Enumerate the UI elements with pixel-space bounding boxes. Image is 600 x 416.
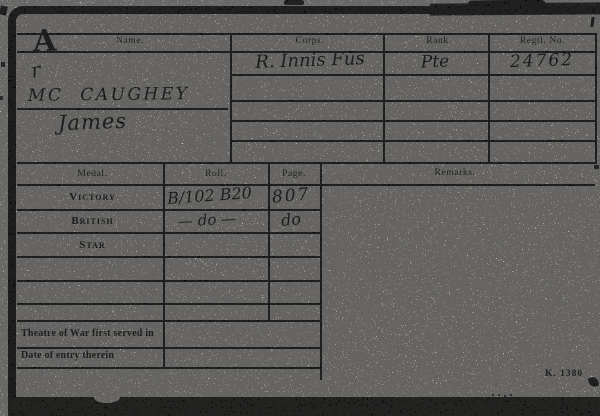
- rule-v-rank-regtl: [488, 33, 490, 162]
- roll-column-header: Roll.: [170, 169, 262, 179]
- rule-v-right-edge: [595, 33, 597, 163]
- regtl-no-column-header: Regtl. No.: [495, 36, 590, 46]
- rule-empty-row-1: [17, 280, 320, 282]
- handwritten-surname: MC CAUGHEY: [28, 84, 190, 106]
- rule-v-medal-roll: [163, 162, 165, 367]
- medal-column-header: Medal.: [30, 169, 155, 179]
- handwritten-annotation-letter: A: [32, 24, 56, 60]
- rule-top: [17, 33, 597, 35]
- handwritten-rank: Pte: [390, 50, 481, 73]
- rule-section-divider: [17, 162, 597, 164]
- rule-british-row: [17, 232, 320, 234]
- name-column-header: Name.: [60, 36, 200, 46]
- scan-speck-left: [1, 62, 5, 67]
- medal-row-victory-page: 807: [271, 184, 311, 207]
- scan-dots-bottom: [492, 394, 494, 396]
- scan-mark-right: [594, 165, 599, 169]
- medal-row-british-page: do: [280, 209, 302, 230]
- rule-date-underline: [17, 367, 320, 369]
- handwritten-regtl-no: 24762: [492, 49, 593, 72]
- scan-speck-left-2: [0, 96, 3, 100]
- rule-corps-row-2: [230, 100, 595, 102]
- date-of-entry-label: Date of entry therein: [21, 350, 114, 361]
- rule-v-roll-page: [268, 162, 270, 320]
- remarks-header: Remarks.: [380, 168, 530, 178]
- rank-column-header: Rank: [395, 36, 480, 46]
- rule-corps-row-4: [230, 140, 595, 142]
- page-column-header: Page.: [270, 169, 318, 179]
- medal-row-star-label: Star: [30, 239, 155, 251]
- medal-row-british-roll: — do —: [178, 209, 237, 230]
- rule-v-name-corps: [230, 33, 232, 162]
- rule-theatre-top: [17, 320, 320, 322]
- form-number: K. 1380: [545, 369, 583, 379]
- rule-victory-row: [17, 209, 320, 211]
- rule-star-row: [17, 256, 320, 258]
- rule-v-page-remarks: [320, 162, 322, 380]
- rule-v-corps-rank: [383, 33, 385, 162]
- corps-column-header: Corps.: [240, 36, 380, 46]
- rule-corps-row-1: [230, 74, 595, 76]
- theatre-of-war-label: Theatre of War first served in: [21, 328, 154, 339]
- scan-speck-corner: [0, 5, 8, 15]
- medal-row-british-label: British: [30, 215, 155, 227]
- rule-empty-row-2: [17, 303, 320, 305]
- scan-mark-top: [284, 0, 304, 5]
- medal-index-card-scan: Name. Corps. Rank Regtl. No. Medal. Roll…: [0, 0, 600, 416]
- rule-theatre-underline: [17, 347, 320, 349]
- medal-row-victory-label: Victory: [30, 191, 155, 203]
- scan-blob-top-right: [468, 0, 546, 15]
- rule-corps-row-3: [230, 120, 595, 122]
- handwritten-forename: James: [58, 109, 128, 135]
- scan-notch-bottom: [94, 392, 120, 403]
